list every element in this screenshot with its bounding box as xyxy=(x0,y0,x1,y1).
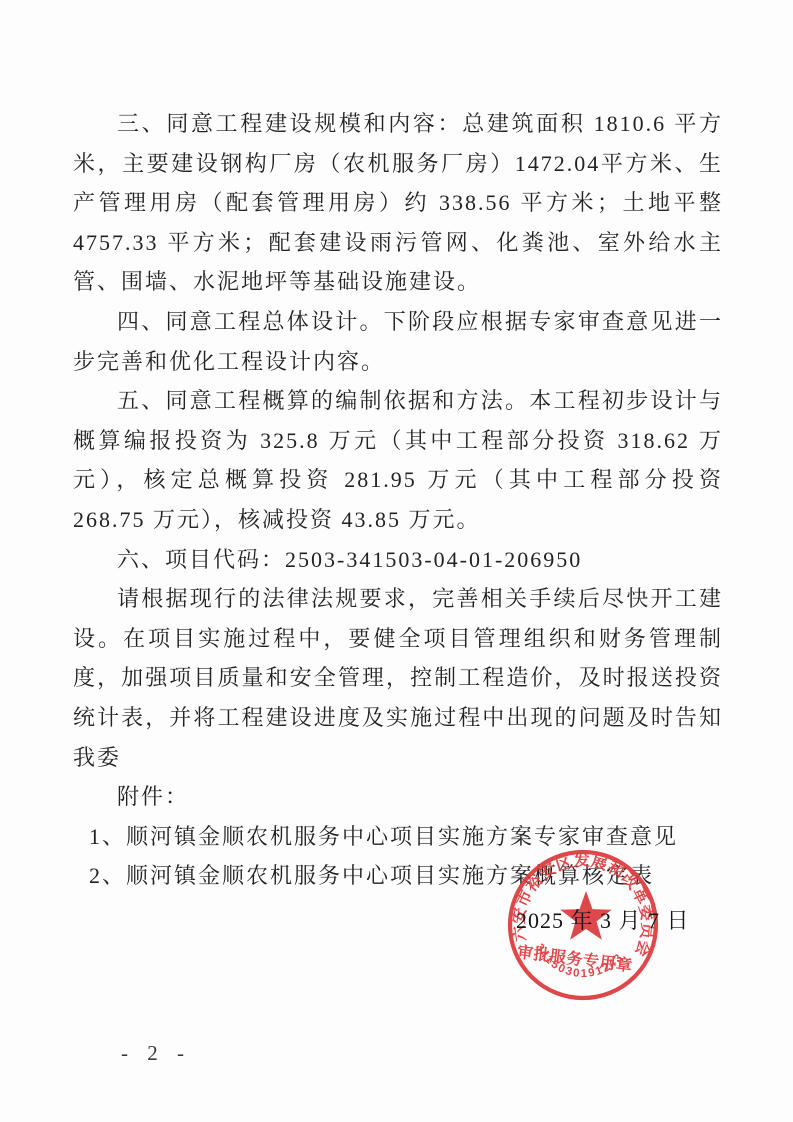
attachments-label: 附件： xyxy=(73,777,723,817)
paragraph-closing: 请根据现行的法律法规要求，完善相关手续后尽快开工建设。在项目实施过程中，要健全项… xyxy=(73,579,723,777)
paragraph-section-5: 五、同意工程概算的编制依据和方法。本工程初步设计与概算编报投资为 325.8 万… xyxy=(73,381,723,539)
paragraph-project-code: 六、项目代码：2503-341503-04-01-206950 xyxy=(73,540,723,580)
page-number: - 2 - xyxy=(121,1041,191,1066)
paragraph-section-3: 三、同意工程建设规模和内容：总建筑面积 1810.6 平方米，主要建设钢构厂房（… xyxy=(73,104,723,302)
document-page: 三、同意工程建设规模和内容：总建筑面积 1810.6 平方米，主要建设钢构厂房（… xyxy=(0,0,793,1122)
document-body: 三、同意工程建设规模和内容：总建筑面积 1810.6 平方米，主要建设钢构厂房（… xyxy=(73,104,723,896)
paragraph-section-4: 四、同意工程总体设计。下阶段应根据专家审查意见进一步完善和优化工程设计内容。 xyxy=(73,302,723,381)
document-date: 2025 年 3 月 7 日 xyxy=(516,904,690,935)
